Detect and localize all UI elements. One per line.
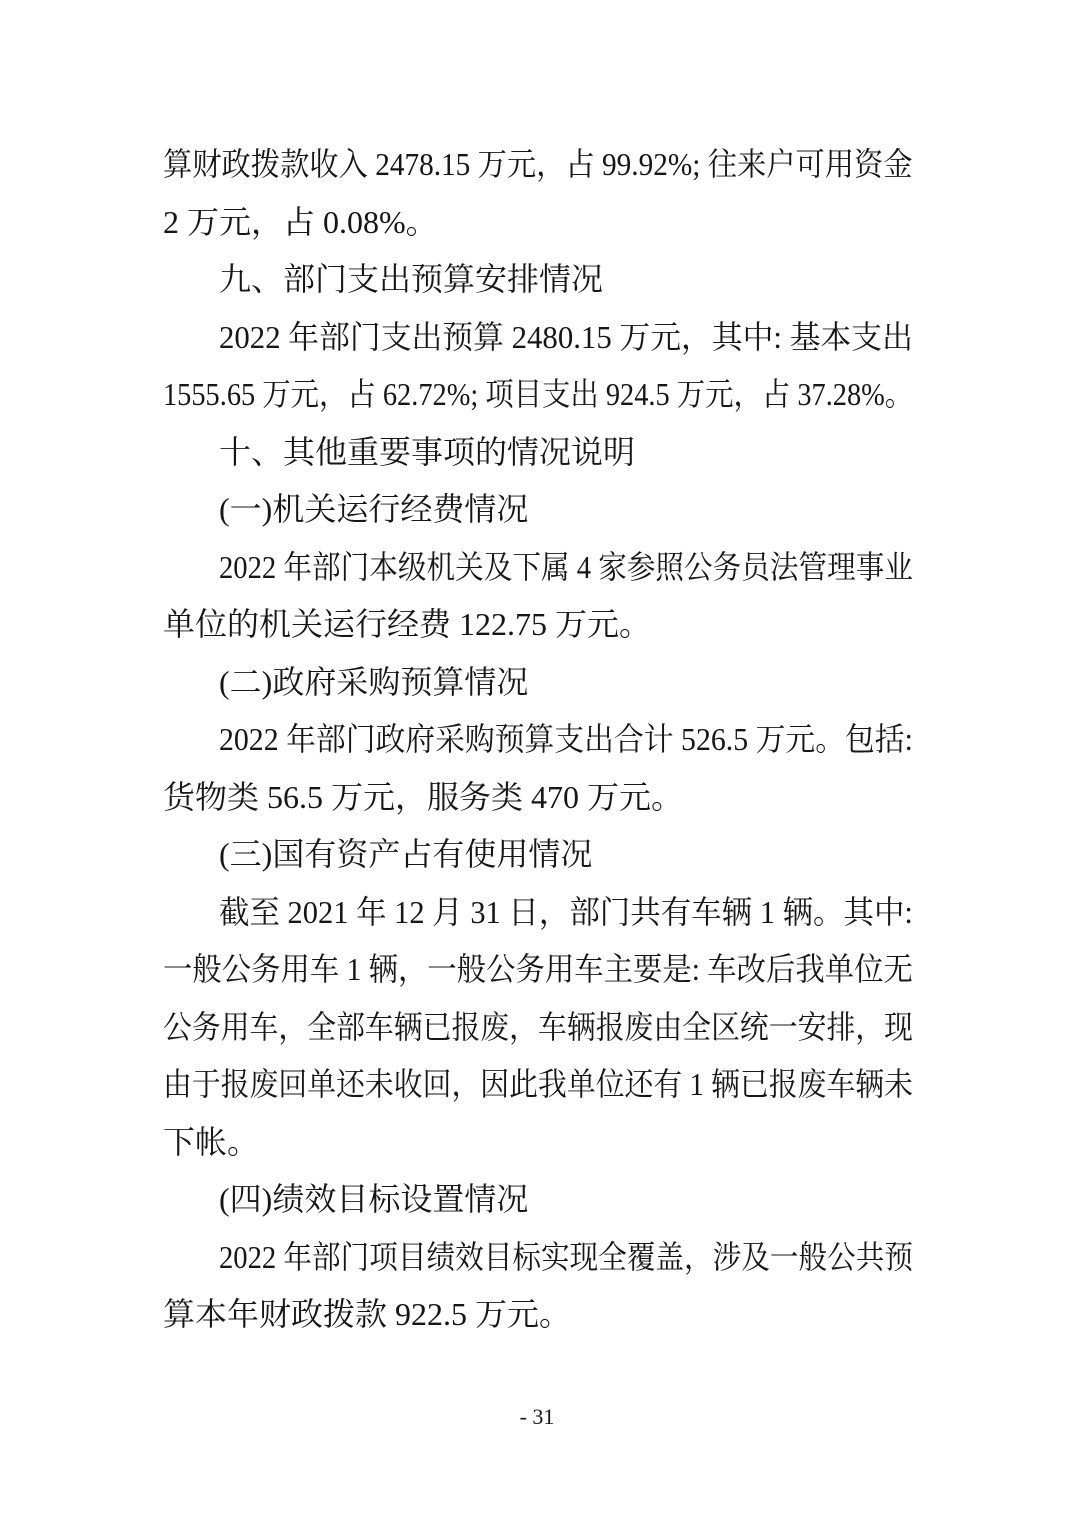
text-line: 由于报废回单还未收回，因此我单位还有 1 辆已报废车辆未 [163, 1056, 913, 1114]
text-line-content: 一般公务用车 1 辆，一般公务用车主要是: 车改后我单位无 [163, 941, 913, 999]
text-line-content: 2022 年部门支出预算 2480.15 万元，其中: 基本支出 [219, 309, 913, 367]
text-line: 货物类 56.5 万元，服务类 470 万元。 [163, 769, 913, 827]
text-line: 2022 年部门项目绩效目标实现全覆盖，涉及一般公共预 [163, 1229, 913, 1287]
text-line: 2 万元，占 0.08%。 [163, 194, 913, 252]
document-body: 算财政拨款收入 2478.15 万元，占 99.92%; 往来户可用资金2 万元… [163, 136, 913, 1344]
text-line: (三)国有资产占有使用情况 [163, 826, 913, 884]
text-line: 十、其他重要事项的情况说明 [163, 424, 913, 482]
text-line-content: 2022 年部门项目绩效目标实现全覆盖，涉及一般公共预 [219, 1229, 913, 1287]
text-line-content: 算财政拨款收入 2478.15 万元，占 99.92%; 往来户可用资金 [163, 136, 913, 194]
text-line: 公务用车，全部车辆已报废，车辆报废由全区统一安排，现 [163, 999, 913, 1057]
document-page: 算财政拨款收入 2478.15 万元，占 99.92%; 往来户可用资金2 万元… [0, 0, 1074, 1520]
text-line-content: 2022 年部门本级机关及下属 4 家参照公务员法管理事业 [219, 539, 913, 597]
text-line: 1555.65 万元，占 62.72%; 项目支出 924.5 万元，占 37.… [163, 366, 913, 424]
text-line: 算财政拨款收入 2478.15 万元，占 99.92%; 往来户可用资金 [163, 136, 913, 194]
text-line: 下帐。 [163, 1114, 913, 1172]
text-line: 算本年财政拨款 922.5 万元。 [163, 1286, 913, 1344]
text-line-content: 2022 年部门政府采购预算支出合计 526.5 万元。包括: [219, 711, 913, 769]
page-footer: - 31 [0, 1402, 1074, 1432]
text-line: (二)政府采购预算情况 [163, 654, 913, 712]
page-number: - 31 [520, 1404, 555, 1429]
text-line-content: 1555.65 万元，占 62.72%; 项目支出 924.5 万元，占 37.… [163, 366, 913, 424]
text-line-content: 截至 2021 年 12 月 31 日，部门共有车辆 1 辆。其中: [219, 884, 913, 942]
text-line: 2022 年部门支出预算 2480.15 万元，其中: 基本支出 [163, 309, 913, 367]
text-line: 单位的机关运行经费 122.75 万元。 [163, 596, 913, 654]
text-line: 2022 年部门本级机关及下属 4 家参照公务员法管理事业 [163, 539, 913, 597]
text-line: 一般公务用车 1 辆，一般公务用车主要是: 车改后我单位无 [163, 941, 913, 999]
text-line: 截至 2021 年 12 月 31 日，部门共有车辆 1 辆。其中: [163, 884, 913, 942]
text-line: 九、部门支出预算安排情况 [163, 251, 913, 309]
text-line-content: 由于报废回单还未收回，因此我单位还有 1 辆已报废车辆未 [163, 1056, 913, 1114]
text-line: (四)绩效目标设置情况 [163, 1171, 913, 1229]
text-line: (一)机关运行经费情况 [163, 481, 913, 539]
text-line: 2022 年部门政府采购预算支出合计 526.5 万元。包括: [163, 711, 913, 769]
text-line-content: 公务用车，全部车辆已报废，车辆报废由全区统一安排，现 [163, 999, 913, 1057]
